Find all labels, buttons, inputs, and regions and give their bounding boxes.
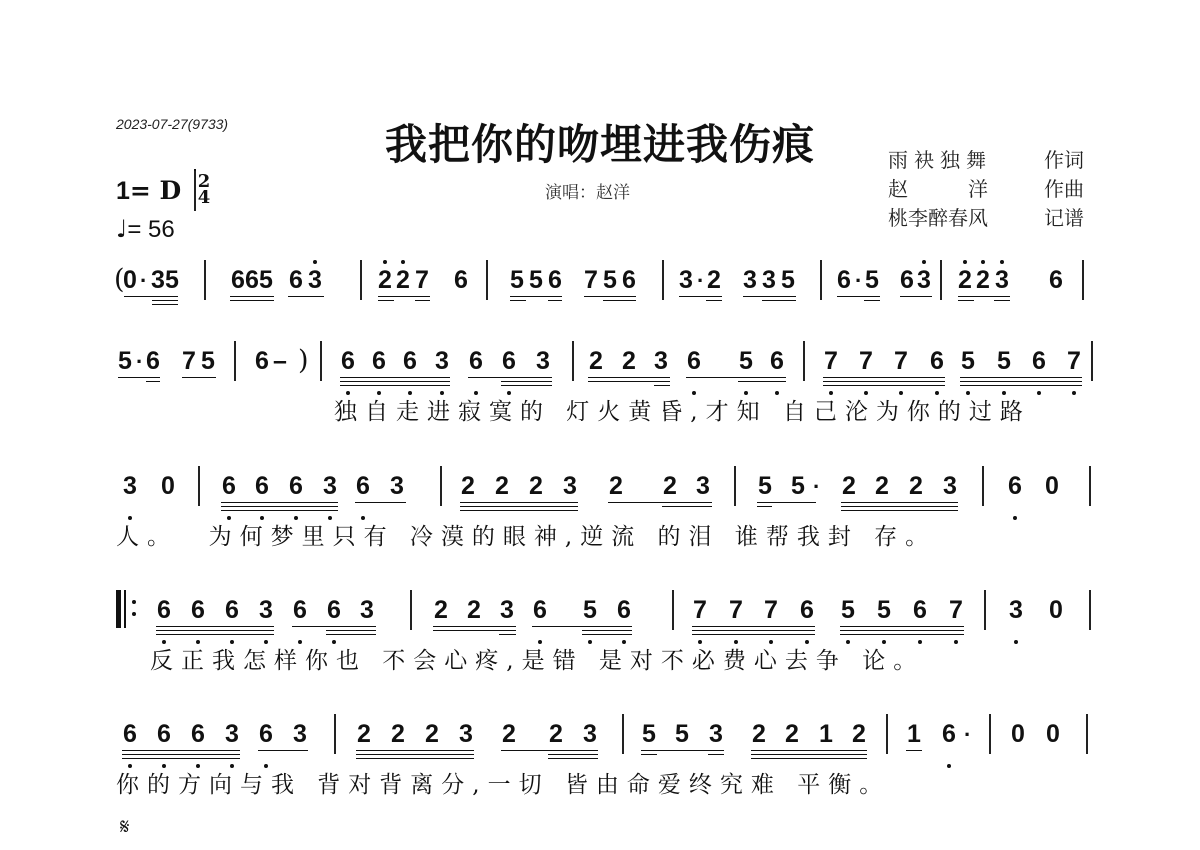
note: 6 — [1032, 347, 1046, 375]
barline — [672, 590, 674, 630]
beam-line — [751, 750, 867, 751]
beam-line — [156, 634, 274, 635]
note: 2 — [707, 266, 721, 294]
note: 6 — [289, 266, 303, 294]
note: 6 — [157, 720, 171, 748]
note: 6 — [372, 347, 386, 375]
note: 3 — [762, 266, 776, 294]
augmentation-dot: · — [964, 722, 971, 748]
note: 3 — [390, 472, 404, 500]
note: 3 — [225, 720, 239, 748]
note: 5 — [165, 266, 179, 294]
barline — [410, 590, 412, 630]
note: 2 — [495, 472, 509, 500]
beam-line — [608, 502, 712, 503]
note: 3 — [917, 266, 931, 294]
note: 3 — [943, 472, 957, 500]
note: 3 — [435, 347, 449, 375]
key-value: = D — [130, 176, 181, 205]
beam-line — [340, 377, 450, 378]
note: 0 — [123, 266, 137, 294]
note: 3 — [654, 347, 668, 375]
note: 0 — [1011, 720, 1025, 748]
beam-line — [641, 754, 657, 755]
beam-line — [906, 750, 922, 751]
beam-line — [686, 377, 786, 378]
octave-down-dot — [1013, 516, 1017, 520]
transcriber-name: 桃李醉春风 — [888, 204, 988, 233]
beam-line — [433, 630, 516, 631]
note: – — [273, 347, 287, 375]
beam-line — [654, 385, 670, 386]
octave-down-dot — [947, 764, 951, 768]
note: 6 — [900, 266, 914, 294]
beam-line — [356, 758, 474, 759]
note: 6 — [255, 347, 269, 375]
barline — [803, 341, 805, 381]
note: 2 — [461, 472, 475, 500]
barline — [234, 341, 236, 381]
augmentation-dot: · — [136, 349, 143, 375]
note: 5 — [758, 472, 772, 500]
note: 5 — [529, 266, 543, 294]
beam-line — [152, 300, 178, 301]
note: 3 — [151, 266, 165, 294]
beam-line — [900, 296, 932, 297]
paren-open: ( — [114, 264, 125, 295]
note: 6 — [245, 266, 259, 294]
beam-line — [340, 381, 450, 382]
note: 2 — [434, 596, 448, 624]
note: 5 — [583, 596, 597, 624]
time-signature: 2 4 — [194, 174, 214, 206]
note: 3 — [323, 472, 337, 500]
note: 2 — [909, 472, 923, 500]
barline — [198, 466, 200, 506]
octave-up-dot — [963, 260, 967, 264]
note: 6 — [191, 720, 205, 748]
beam-line — [751, 758, 867, 759]
beam-line — [468, 377, 552, 378]
note: 3 — [459, 720, 473, 748]
note: 2 — [976, 266, 990, 294]
beam-line — [124, 296, 178, 297]
beam-line — [582, 630, 632, 631]
beam-line — [958, 296, 1010, 297]
note: 3 — [679, 266, 693, 294]
beam-line — [679, 296, 722, 297]
note: 5 — [259, 266, 273, 294]
barline — [1086, 714, 1088, 754]
barline — [572, 341, 574, 381]
note: 6 — [617, 596, 631, 624]
barline — [1082, 260, 1084, 300]
beam-line — [757, 502, 816, 503]
note: 6 — [930, 347, 944, 375]
beam-line — [841, 510, 958, 511]
beam-line — [548, 758, 598, 759]
credit-composer: 赵 洋 作曲 — [888, 175, 1084, 204]
note: 5 — [739, 347, 753, 375]
beam-line — [751, 754, 867, 755]
octave-up-dot — [981, 260, 985, 264]
beam-line — [840, 630, 964, 631]
beam-line — [823, 377, 945, 378]
barline — [989, 714, 991, 754]
beam-line — [823, 381, 945, 382]
beam-line — [837, 296, 880, 297]
barline — [1089, 466, 1091, 506]
tempo-value: = 56 — [127, 216, 174, 243]
beam-line — [501, 750, 598, 751]
beam-line — [499, 634, 516, 635]
octave-down-dot — [1037, 391, 1041, 395]
note: 7 — [729, 596, 743, 624]
barline — [486, 260, 488, 300]
note: 7 — [859, 347, 873, 375]
octave-up-dot — [401, 260, 405, 264]
note: 7 — [584, 266, 598, 294]
beam-line — [460, 510, 578, 511]
barline — [1089, 590, 1091, 630]
note: 7 — [764, 596, 778, 624]
augmentation-dot: · — [813, 474, 820, 500]
note: 0 — [1046, 720, 1060, 748]
beam-line — [692, 630, 815, 631]
beam-line — [641, 750, 724, 751]
note: 6 — [454, 266, 468, 294]
note: 6 — [770, 347, 784, 375]
barline — [662, 260, 664, 300]
beam-line — [743, 296, 796, 297]
note: 3 — [360, 596, 374, 624]
beam-line — [378, 300, 394, 301]
score-line: 0·356656322765567563·23356·5632236( — [116, 266, 1091, 326]
note: 3 — [308, 266, 322, 294]
beam-line — [501, 381, 552, 382]
beam-line — [692, 626, 815, 627]
note: 6 — [942, 720, 956, 748]
augmentation-dot: · — [697, 268, 704, 294]
barline — [984, 590, 986, 630]
beam-line — [823, 385, 945, 386]
note: 2 — [852, 720, 866, 748]
note: 6 — [225, 596, 239, 624]
beam-line — [355, 502, 406, 503]
note: 5 — [510, 266, 524, 294]
note: 6 — [146, 347, 160, 375]
paren-close: ) — [298, 345, 309, 376]
beam-line — [548, 754, 598, 755]
note: 6 — [341, 347, 355, 375]
note: 6 — [687, 347, 701, 375]
beam-line — [960, 385, 1082, 386]
note: 5 — [997, 347, 1011, 375]
beam-line — [230, 300, 260, 301]
note: 2 — [842, 472, 856, 500]
note: 5 — [877, 596, 891, 624]
note: 2 — [502, 720, 516, 748]
note: 6 — [1008, 472, 1022, 500]
lyric-line: 独自走进寂寞的 灯火黄昏,才知 自己沦为你的过路 — [334, 393, 1031, 426]
note: 6 — [548, 266, 562, 294]
segno-icon: 𝄋 — [120, 815, 129, 840]
note: 7 — [824, 347, 838, 375]
beam-line — [146, 381, 160, 382]
note: 5 — [675, 720, 689, 748]
tempo-marking: ♩= 56 — [116, 215, 175, 244]
barline — [440, 466, 442, 506]
beam-line — [588, 381, 670, 382]
octave-down-dot — [1014, 640, 1018, 644]
beam-line — [532, 626, 632, 627]
note: 5 — [841, 596, 855, 624]
note: 3 — [500, 596, 514, 624]
note: 2 — [622, 347, 636, 375]
note: 7 — [415, 266, 429, 294]
note: 6 — [259, 720, 273, 748]
beam-line — [762, 300, 796, 301]
note: 6 — [255, 472, 269, 500]
beam-line — [221, 506, 338, 507]
note: 0 — [161, 472, 175, 500]
note: 6 — [800, 596, 814, 624]
note: 5 — [603, 266, 617, 294]
note: 7 — [894, 347, 908, 375]
beam-line — [340, 385, 450, 386]
beam-line — [501, 385, 552, 386]
beam-line — [122, 750, 240, 751]
note: 6 — [327, 596, 341, 624]
barline — [734, 466, 736, 506]
note: 3 — [995, 266, 1009, 294]
lyricist-name: 雨袂独舞 — [888, 146, 992, 175]
beam-line — [582, 634, 632, 635]
beam-line — [960, 381, 1082, 382]
barline — [320, 341, 322, 381]
note: 0 — [1045, 472, 1059, 500]
beam-line — [288, 296, 324, 297]
beam-line — [994, 300, 1010, 301]
barline — [982, 466, 984, 506]
beam-line — [460, 502, 578, 503]
beam-line — [118, 377, 160, 378]
beam-line — [757, 506, 772, 507]
note: 0 — [1049, 596, 1063, 624]
lyricist-role: 作词 — [1044, 146, 1084, 175]
beam-line — [356, 754, 474, 755]
beam-line — [221, 510, 338, 511]
lyric-line: 人。 为何梦里只有 冷漠的眼神,逆流 的泪 谁帮我封 存。 — [116, 518, 936, 551]
score-line: 6663632223223553221216·00你的方向与我 背对背离分,一切… — [116, 720, 1091, 780]
beam-line — [840, 634, 964, 635]
note: 5 — [865, 266, 879, 294]
note: 1 — [819, 720, 833, 748]
note: 2 — [875, 472, 889, 500]
beam-line — [510, 296, 562, 297]
note: 6 — [533, 596, 547, 624]
note: 6 — [356, 472, 370, 500]
beam-line — [738, 381, 786, 382]
beam-line — [840, 626, 964, 627]
barline — [360, 260, 362, 300]
note: 5 — [781, 266, 795, 294]
note: 5 — [118, 347, 132, 375]
note: 6 — [469, 347, 483, 375]
credit-transcriber: 桃李醉春风 记谱 — [888, 204, 1084, 233]
augmentation-dot: · — [855, 268, 862, 294]
beam-line — [378, 296, 430, 297]
beam-line — [415, 300, 430, 301]
note: 7 — [949, 596, 963, 624]
transcriber-role: 记谱 — [1044, 204, 1084, 233]
note: 7 — [1067, 347, 1081, 375]
beam-line — [864, 300, 880, 301]
note: 6 — [622, 266, 636, 294]
key-signature: 1= D — [116, 176, 181, 206]
beam-line — [603, 300, 636, 301]
beam-line — [156, 626, 274, 627]
note: 2 — [378, 266, 392, 294]
beam-line — [510, 300, 526, 301]
barline — [820, 260, 822, 300]
lyric-line: 反正我怎样你也 不会心疼,是错 是对不必费心去争 论。 — [150, 642, 924, 675]
barline — [334, 714, 336, 754]
beam-line — [230, 296, 274, 297]
note: 6 — [157, 596, 171, 624]
credit-lyricist: 雨袂独舞 作词 — [888, 146, 1084, 175]
note: 6 — [502, 347, 516, 375]
beam-line — [156, 630, 274, 631]
song-title-text: 我把你的吻埋进我伤痕 — [385, 112, 815, 172]
beam-line — [260, 300, 274, 301]
score-line: 66636632236567776556730反正我怎样你也 不会心疼,是错 是… — [116, 596, 1091, 656]
beam-line — [326, 634, 376, 635]
beam-line — [356, 750, 474, 751]
score-line: 30666363222322355·222360人。 为何梦里只有 冷漠的眼神,… — [116, 472, 1091, 532]
note: 6 — [837, 266, 851, 294]
note: 3 — [293, 720, 307, 748]
octave-down-dot — [1072, 391, 1076, 395]
quarter-note-icon: ♩ — [116, 215, 127, 243]
note: 1 — [907, 720, 921, 748]
beam-line — [460, 506, 578, 507]
beam-line — [122, 754, 240, 755]
note: 3 — [709, 720, 723, 748]
singer-credit: 演唱：赵洋 — [545, 178, 630, 203]
note: 2 — [529, 472, 543, 500]
note: 2 — [752, 720, 766, 748]
note: 6 — [1049, 266, 1063, 294]
octave-up-dot — [313, 260, 317, 264]
octave-up-dot — [1000, 260, 1004, 264]
beam-line — [841, 502, 958, 503]
beam-line — [182, 377, 216, 378]
beam-line — [548, 300, 562, 301]
note: 6 — [222, 472, 236, 500]
note: 2 — [609, 472, 623, 500]
note: 2 — [589, 347, 603, 375]
note: 2 — [958, 266, 972, 294]
octave-down-dot — [954, 640, 958, 644]
beam-line — [258, 750, 308, 751]
note: 5 — [642, 720, 656, 748]
note: 2 — [785, 720, 799, 748]
beam-line — [221, 502, 338, 503]
composer-name: 赵 洋 — [888, 175, 988, 204]
octave-up-dot — [922, 260, 926, 264]
note: 6 — [913, 596, 927, 624]
beam-line — [433, 626, 516, 627]
note: 3 — [259, 596, 273, 624]
beam-line — [706, 300, 722, 301]
note: 3 — [563, 472, 577, 500]
note: 2 — [396, 266, 410, 294]
note: 3 — [123, 472, 137, 500]
note: 3 — [536, 347, 550, 375]
note: 6 — [289, 472, 303, 500]
note: 2 — [357, 720, 371, 748]
note: 6 — [191, 596, 205, 624]
augmentation-dot: · — [140, 268, 147, 294]
note: 6 — [231, 266, 245, 294]
beam-line — [958, 300, 974, 301]
composer-role: 作曲 — [1044, 175, 1084, 204]
beam-line — [708, 754, 724, 755]
beam-line — [584, 296, 636, 297]
octave-up-dot — [383, 260, 387, 264]
note: 6 — [123, 720, 137, 748]
note: 6 — [293, 596, 307, 624]
note: 3 — [1009, 596, 1023, 624]
lyric-line: 你的方向与我 背对背离分,一切 皆由命爱终究难 平衡。 — [116, 766, 890, 799]
beam-line — [841, 506, 958, 507]
score-line: 5·6756–666366322365677765567)独自走进寂寞的 灯火黄… — [116, 347, 1091, 407]
note: 3 — [583, 720, 597, 748]
note: 2 — [391, 720, 405, 748]
beam-line — [152, 304, 178, 305]
note: 5 — [201, 347, 215, 375]
barline — [622, 714, 624, 754]
note: 2 — [549, 720, 563, 748]
credits-block: 雨袂独舞 作词 赵 洋 作曲 桃李醉春风 记谱 — [888, 146, 1084, 233]
beam-line — [692, 634, 815, 635]
note: 5 — [961, 347, 975, 375]
beam-line — [292, 626, 376, 627]
note: 3 — [696, 472, 710, 500]
barline — [1091, 341, 1093, 381]
key-prefix: 1 — [116, 177, 130, 205]
beam-line — [960, 377, 1082, 378]
time-sig-bottom: 4 — [194, 190, 214, 206]
note: 2 — [663, 472, 677, 500]
time-sig-divider — [194, 169, 196, 211]
beam-line — [588, 377, 670, 378]
note: 2 — [425, 720, 439, 748]
barline — [940, 260, 942, 300]
beam-line — [662, 506, 712, 507]
note: 7 — [693, 596, 707, 624]
note: 3 — [743, 266, 757, 294]
beam-line — [122, 758, 240, 759]
barline — [886, 714, 888, 754]
barline — [204, 260, 206, 300]
beam-line — [326, 630, 376, 631]
note: 2 — [467, 596, 481, 624]
note: 6 — [403, 347, 417, 375]
note: 7 — [182, 347, 196, 375]
note: 5 — [791, 472, 805, 500]
